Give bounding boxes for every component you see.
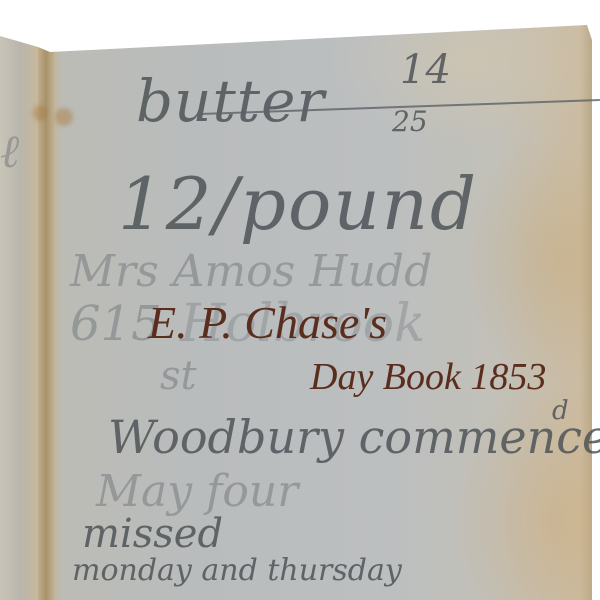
note-superscript-d: d — [552, 398, 569, 424]
note-price-per-pound: 12/pound — [118, 168, 478, 240]
left-leaf-mark: ℓ — [0, 128, 19, 174]
note-date: May four — [96, 470, 298, 514]
note-woodbury: Woodbury commence — [108, 414, 600, 460]
water-stain — [55, 108, 73, 126]
ink-title-year: Day Book 1853 — [310, 358, 546, 396]
note-price-top: 14 — [400, 50, 451, 90]
note-price-bottom: 25 — [392, 108, 428, 136]
ink-owner-name: E. P. Chase's — [148, 300, 387, 346]
note-missed: missed — [82, 514, 223, 554]
note-name: Mrs Amos Hudd — [70, 250, 432, 294]
note-days: monday and thursday — [72, 556, 402, 586]
page-gutter — [38, 40, 54, 600]
note-street-abbrev: st — [160, 356, 197, 396]
note-butter: butter — [136, 72, 325, 130]
